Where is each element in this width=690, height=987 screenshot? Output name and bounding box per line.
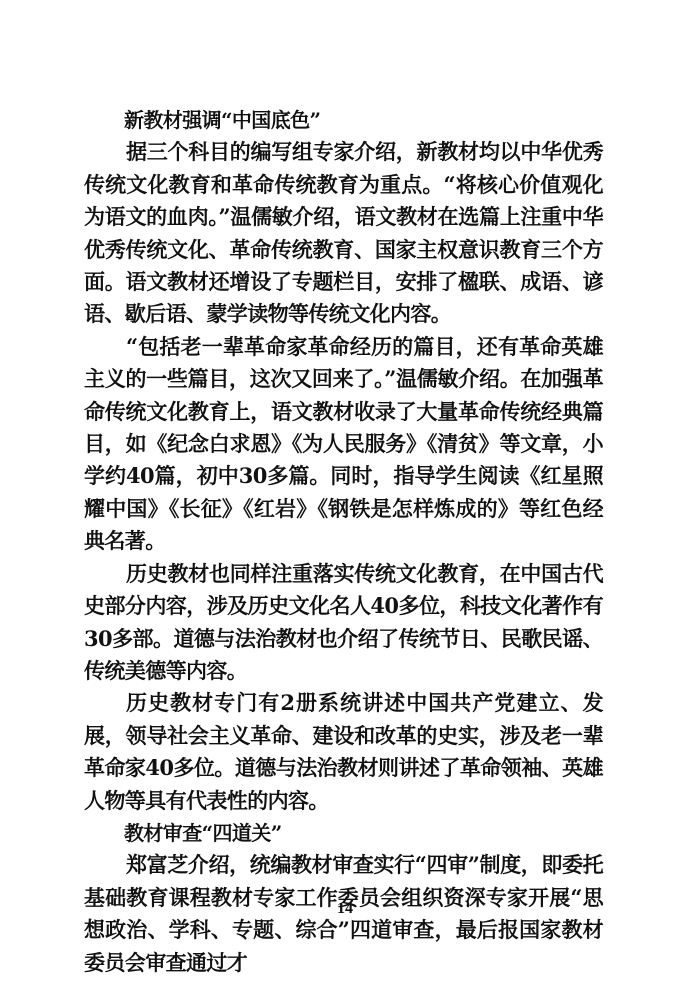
paragraph: 历史教材专门有2册系统讲述中国共产党建立、发展，领导社会主义革命、建设和改革的史… <box>84 687 603 817</box>
document-page: 新教材强调“中国底色” 据三个科目的编写组专家介绍，新教材均以中华优秀传统文化教… <box>84 104 603 979</box>
page-number: 14 <box>0 900 690 918</box>
paragraph: “包括老一辈革命家革命经历的篇目，还有革命英雄主义的一些篇目，这次又回来了。”温… <box>84 331 603 558</box>
section-heading: 教材审查“四道关” <box>84 817 603 849</box>
paragraph: 据三个科目的编写组专家介绍，新教材均以中华优秀传统文化教育和革命传统教育为重点。… <box>84 136 603 330</box>
paragraph: 历史教材也同样注重落实传统文化教育，在中国古代史部分内容，涉及历史文化名人40多… <box>84 558 603 688</box>
section-heading: 新教材强调“中国底色” <box>84 104 603 136</box>
